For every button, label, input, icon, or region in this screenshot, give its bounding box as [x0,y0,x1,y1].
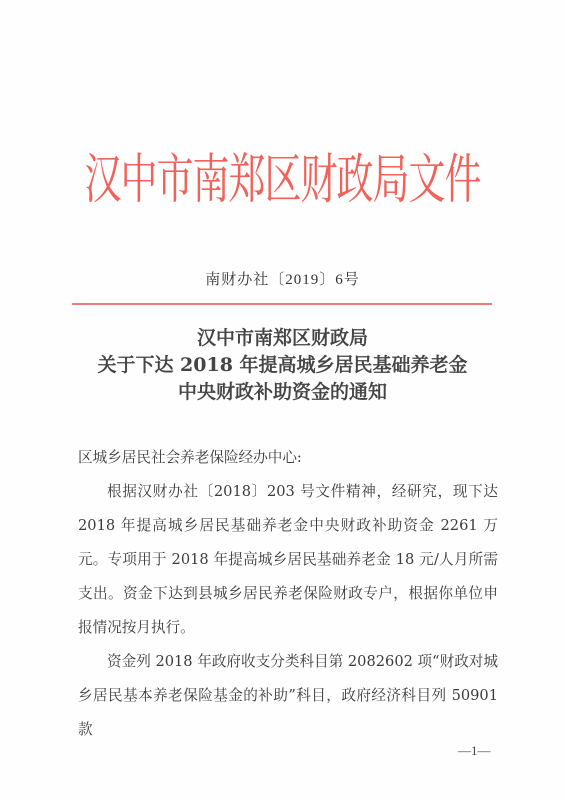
notice-body: 区城乡居民社会养老保险经办中心: 根据汉财办社〔2018〕203 号文件精神，经… [78,441,498,747]
notice-title-line-3: 中央财政补助资金的通知 [0,379,565,406]
body-paragraph: 资金列 2018 年政府收支分类科目第 2082602 项“财政对城乡居民基本养… [78,645,498,747]
document-header-title: 汉中市南郑区财政局文件 [80,122,485,238]
body-paragraph: 根据汉财办社〔2018〕203 号文件精神，经研究，现下达 2018 年提高城乡… [78,475,498,645]
salutation: 区城乡居民社会养老保险经办中心: [78,441,498,475]
page-number: —1— [458,743,491,759]
document-page: 汉中市南郑区财政局文件 南财办社〔2019〕6号 汉中市南郑区财政局 关于下达 … [0,0,565,800]
notice-title-line-1: 汉中市南郑区财政局 [0,325,565,352]
notice-title: 汉中市南郑区财政局 关于下达 2018 年提高城乡居民基础养老金 中央财政补助资… [0,325,565,406]
red-separator-line [72,303,492,305]
notice-title-line-2: 关于下达 2018 年提高城乡居民基础养老金 [0,352,565,379]
document-number: 南财办社〔2019〕6号 [0,268,565,289]
